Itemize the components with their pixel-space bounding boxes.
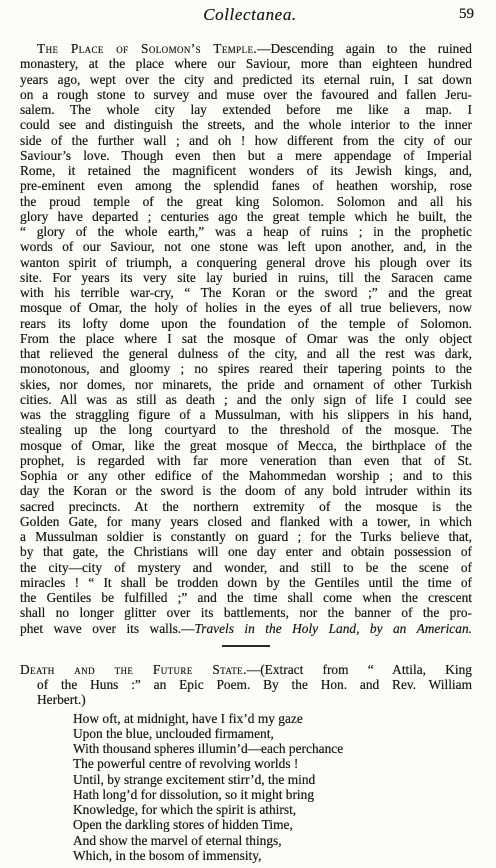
text-line: prophet, is regarded with far more vener… xyxy=(20,453,472,468)
text-line: rears its lofty dome upon the foundation… xyxy=(20,316,472,331)
poem-line: Knowledge, for which the spirit is athir… xyxy=(20,802,472,817)
running-title: Collectanea. xyxy=(20,5,480,25)
heading-line-2: of the Huns :” an Epic Poem. By the Hon.… xyxy=(20,677,472,692)
text-line: could see and distinguish the streets, a… xyxy=(20,117,472,132)
text-line: a Mussulman soldier is constantly on gua… xyxy=(20,529,472,544)
text-line: wanton spirit of triumph, a conquering g… xyxy=(20,255,472,270)
text-line: Rome, it retained the magnificent wonder… xyxy=(20,163,472,178)
first-line-text: —Descending again to the ruined xyxy=(257,41,472,56)
poem-line: How oft, at midnight, have I fix’d my ga… xyxy=(20,711,472,726)
text-line: that relieved the general dulness of the… xyxy=(20,346,472,361)
text-line: sacred precincts. At the northern extrem… xyxy=(20,499,472,514)
text-line: was the straggling figure of a Mussulman… xyxy=(20,407,472,422)
paragraph-body: monastery, at the place where our Saviou… xyxy=(20,56,472,620)
text-column: The Place of Solomon’s Temple.—Descendin… xyxy=(20,41,472,863)
article-solomons-temple: The Place of Solomon’s Temple.—Descendin… xyxy=(20,41,472,636)
article-death-future-state: Death and the Future State.—(Extract fro… xyxy=(20,662,472,863)
text-line: pre-eminent even among the splendid fane… xyxy=(20,178,472,193)
text-line: Saviour’s love. Though even then but a m… xyxy=(20,148,472,163)
text-line: day the Koran or the sword is the doom o… xyxy=(20,483,472,498)
text-line: mosque of Omar, the holy of holies in th… xyxy=(20,300,472,315)
text-line: by that gate, the Christians will one da… xyxy=(20,544,472,559)
poem: How oft, at midnight, have I fix’d my ga… xyxy=(20,711,472,864)
text-line: shall no longer glitter over its battlem… xyxy=(20,605,472,620)
source-citation: Travels in the Holy Land, by an American… xyxy=(195,621,472,636)
text-line: glory have departed ; centuries ago the … xyxy=(20,209,472,224)
text-line: Golden Gate, for many years closed and f… xyxy=(20,514,472,529)
book-page: Collectanea. 59 The Place of Solomon’s T… xyxy=(0,0,496,868)
paragraph-first-line: The Place of Solomon’s Temple.—Descendin… xyxy=(20,41,472,56)
text-line: salem. The whole city lay extended befor… xyxy=(20,102,472,117)
text-line: the city—city of mystery and wonder, and… xyxy=(20,560,472,575)
text-line: miracles ! “ It shall be trodden down by… xyxy=(20,575,472,590)
page-number: 59 xyxy=(459,6,474,23)
text-line: Sophia or any other edifice of the Mahom… xyxy=(20,468,472,483)
poem-line: With thousand spheres illumin’d—each per… xyxy=(20,741,472,756)
section-divider-rule xyxy=(222,645,270,647)
text-line: stealing up the long courtyard to the th… xyxy=(20,422,472,437)
poem-line: Open the darkling stores of hidden Time, xyxy=(20,817,472,832)
text-line: “ glory of the whole earth,” was a heap … xyxy=(20,224,472,239)
heading-line-3: Herbert.) xyxy=(20,692,472,707)
article-title-solomons-temple: The Place of Solomon’s Temple. xyxy=(37,41,257,56)
poem-line: The powerful centre of revolving worlds … xyxy=(20,756,472,771)
text-line: mosque of Omar, like the great mosque of… xyxy=(20,438,472,453)
text-line: the Gentiles be fulfilled ;” and the tim… xyxy=(20,590,472,605)
text-line: with his terrible war-cry, “ The Koran o… xyxy=(20,285,472,300)
heading-line-1: Death and the Future State.—(Extract fro… xyxy=(20,662,472,677)
last-line-text: phet wave over its walls.— xyxy=(20,621,195,636)
poem-line: And show the marvel of eternal things, xyxy=(20,833,472,848)
poem-line: Upon the blue, unclouded firmament, xyxy=(20,726,472,741)
text-line: monastery, at the place where our Saviou… xyxy=(20,56,472,71)
text-line: cities. All was as still as death ; and … xyxy=(20,392,472,407)
poem-line: Until, by strange excitement stirr’d, th… xyxy=(20,772,472,787)
poem-line: Which, in the bosom of immensity, xyxy=(20,848,472,863)
poem-line: Hath long’d for dissolution, so it might… xyxy=(20,787,472,802)
heading-line-1-text: —(Extract from “ Attila, King xyxy=(247,662,472,677)
text-line: skies, nor domes, nor minarets, the prid… xyxy=(20,377,472,392)
text-line: From the place where I sat the mosque of… xyxy=(20,331,472,346)
text-line: the proud temple of the great king Solom… xyxy=(20,194,472,209)
text-line: words of our Saviour, not one stone was … xyxy=(20,239,472,254)
text-line: site. For years its very site lay buried… xyxy=(20,270,472,285)
page-header: Collectanea. 59 xyxy=(20,5,480,29)
text-line: years ago, wept over the city and predic… xyxy=(20,72,472,87)
article-title-death-future-state: Death and the Future State. xyxy=(20,662,247,677)
text-line: on a rough stone to survey and muse over… xyxy=(20,87,472,102)
paragraph-last-line: phet wave over its walls.—Travels in the… xyxy=(20,621,472,636)
text-line: side of the further wall ; and oh ! how … xyxy=(20,133,472,148)
text-line: monotonous, and gloomy ; no spires reare… xyxy=(20,361,472,376)
